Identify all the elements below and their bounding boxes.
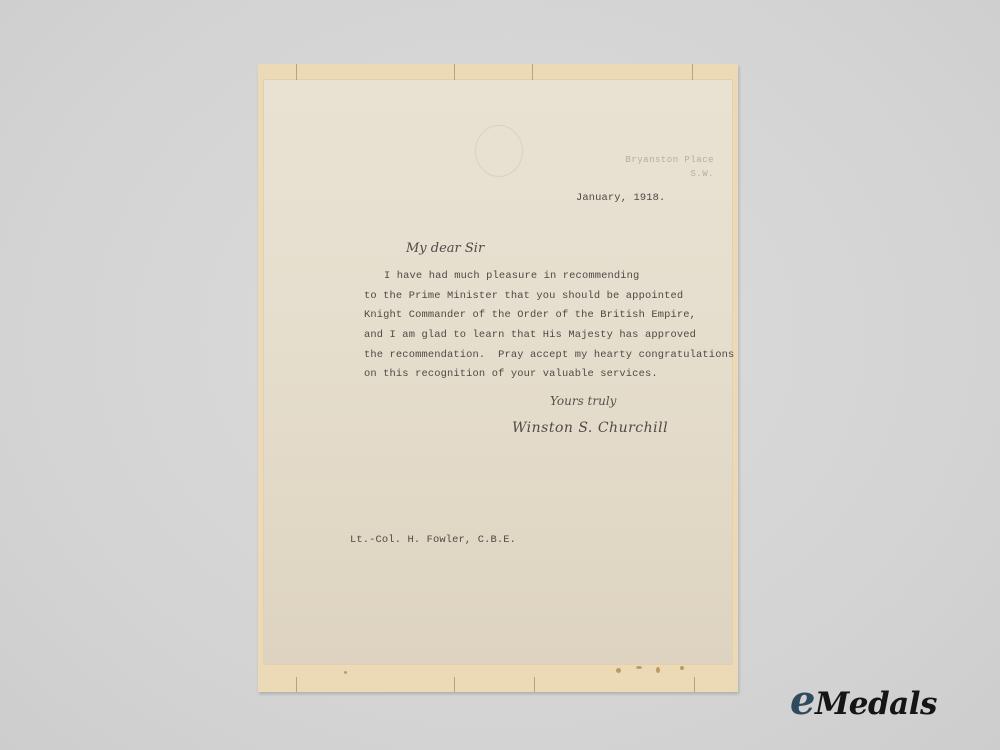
foxing-stain bbox=[636, 666, 642, 669]
body-line: on this recognition of your valuable ser… bbox=[364, 368, 658, 380]
mount-tick bbox=[532, 64, 533, 80]
mount-tick bbox=[296, 677, 297, 692]
logo-name: Medals bbox=[815, 686, 937, 722]
signature: Winston S. Churchill bbox=[512, 420, 668, 436]
letterhead-line: S.W. bbox=[604, 167, 714, 181]
embossed-crest-icon bbox=[475, 125, 523, 177]
body-line: Knight Commander of the Order of the Bri… bbox=[364, 309, 696, 321]
foxing-stain bbox=[656, 667, 660, 673]
letterhead-line: Bryanston Place bbox=[604, 153, 714, 167]
mount-tick bbox=[534, 677, 535, 692]
foxing-stain bbox=[616, 668, 621, 673]
foxing-stain bbox=[344, 671, 347, 674]
closing: Yours truly bbox=[550, 394, 616, 408]
salutation: My dear Sir bbox=[406, 241, 484, 256]
mount-tick bbox=[692, 64, 693, 80]
foxing-stain bbox=[680, 666, 684, 670]
letterhead-address: Bryanston Place S.W. bbox=[604, 153, 714, 181]
logo-prefix: e bbox=[790, 677, 815, 724]
mount-tick bbox=[454, 677, 455, 692]
mount-tick bbox=[694, 677, 695, 692]
addressee: Lt.-Col. H. Fowler, C.B.E. bbox=[350, 534, 516, 546]
body-line: and I am glad to learn that His Majesty … bbox=[364, 329, 696, 341]
mount-tick bbox=[296, 64, 297, 80]
mount-tick bbox=[454, 64, 455, 80]
body-line: the recommendation. Pray accept my heart… bbox=[364, 349, 734, 361]
emedals-logo: eMedals bbox=[790, 677, 937, 724]
letter-date: January, 1918. bbox=[576, 192, 665, 204]
body-line: to the Prime Minister that you should be… bbox=[364, 290, 683, 302]
body-line: I have had much pleasure in recommending bbox=[384, 270, 639, 282]
